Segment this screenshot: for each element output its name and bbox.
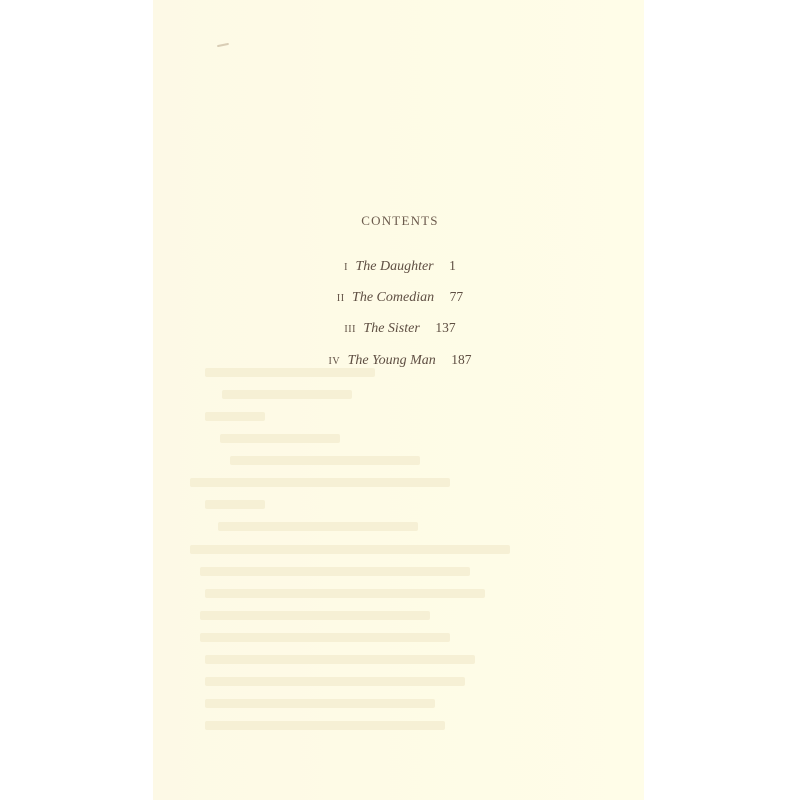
chapter-numeral: IV	[329, 356, 341, 367]
bleed-through-line	[205, 412, 265, 421]
chapter-page: 137	[435, 320, 455, 335]
chapter-page: 187	[451, 352, 471, 367]
chapter-page: 77	[450, 289, 464, 304]
bleed-through-line	[190, 478, 450, 487]
bleed-through-line	[205, 589, 485, 598]
toc-entry: IV The Young Man 187	[0, 352, 800, 369]
chapter-title: The Daughter	[355, 259, 433, 274]
chapter-page: 1	[449, 258, 456, 273]
bleed-through-line	[190, 545, 510, 554]
bleed-through-line	[205, 677, 465, 686]
bleed-through-line	[205, 699, 435, 708]
toc-entry: III The Sister 137	[0, 320, 800, 337]
bleed-through-line	[205, 500, 265, 509]
chapter-numeral: I	[344, 262, 348, 273]
bleed-through-line	[205, 368, 375, 377]
contents-heading: CONTENTS	[0, 213, 800, 229]
chapter-title: The Sister	[363, 321, 419, 336]
bleed-through-line	[218, 522, 418, 531]
bleed-through-line	[220, 434, 340, 443]
bleed-through-line	[200, 567, 470, 576]
chapter-numeral: II	[337, 293, 345, 304]
chapter-title: The Young Man	[348, 353, 436, 368]
bleed-through-line	[205, 721, 445, 730]
chapter-title: The Comedian	[352, 290, 434, 305]
chapter-numeral: III	[344, 324, 356, 335]
bleed-through-line	[222, 390, 352, 399]
bleed-through-line	[200, 633, 450, 642]
toc-entry: I The Daughter 1	[0, 258, 800, 275]
bleed-through-line	[230, 456, 420, 465]
bleed-through-line	[205, 655, 475, 664]
toc-entry: II The Comedian 77	[0, 289, 800, 306]
bleed-through-line	[200, 611, 430, 620]
